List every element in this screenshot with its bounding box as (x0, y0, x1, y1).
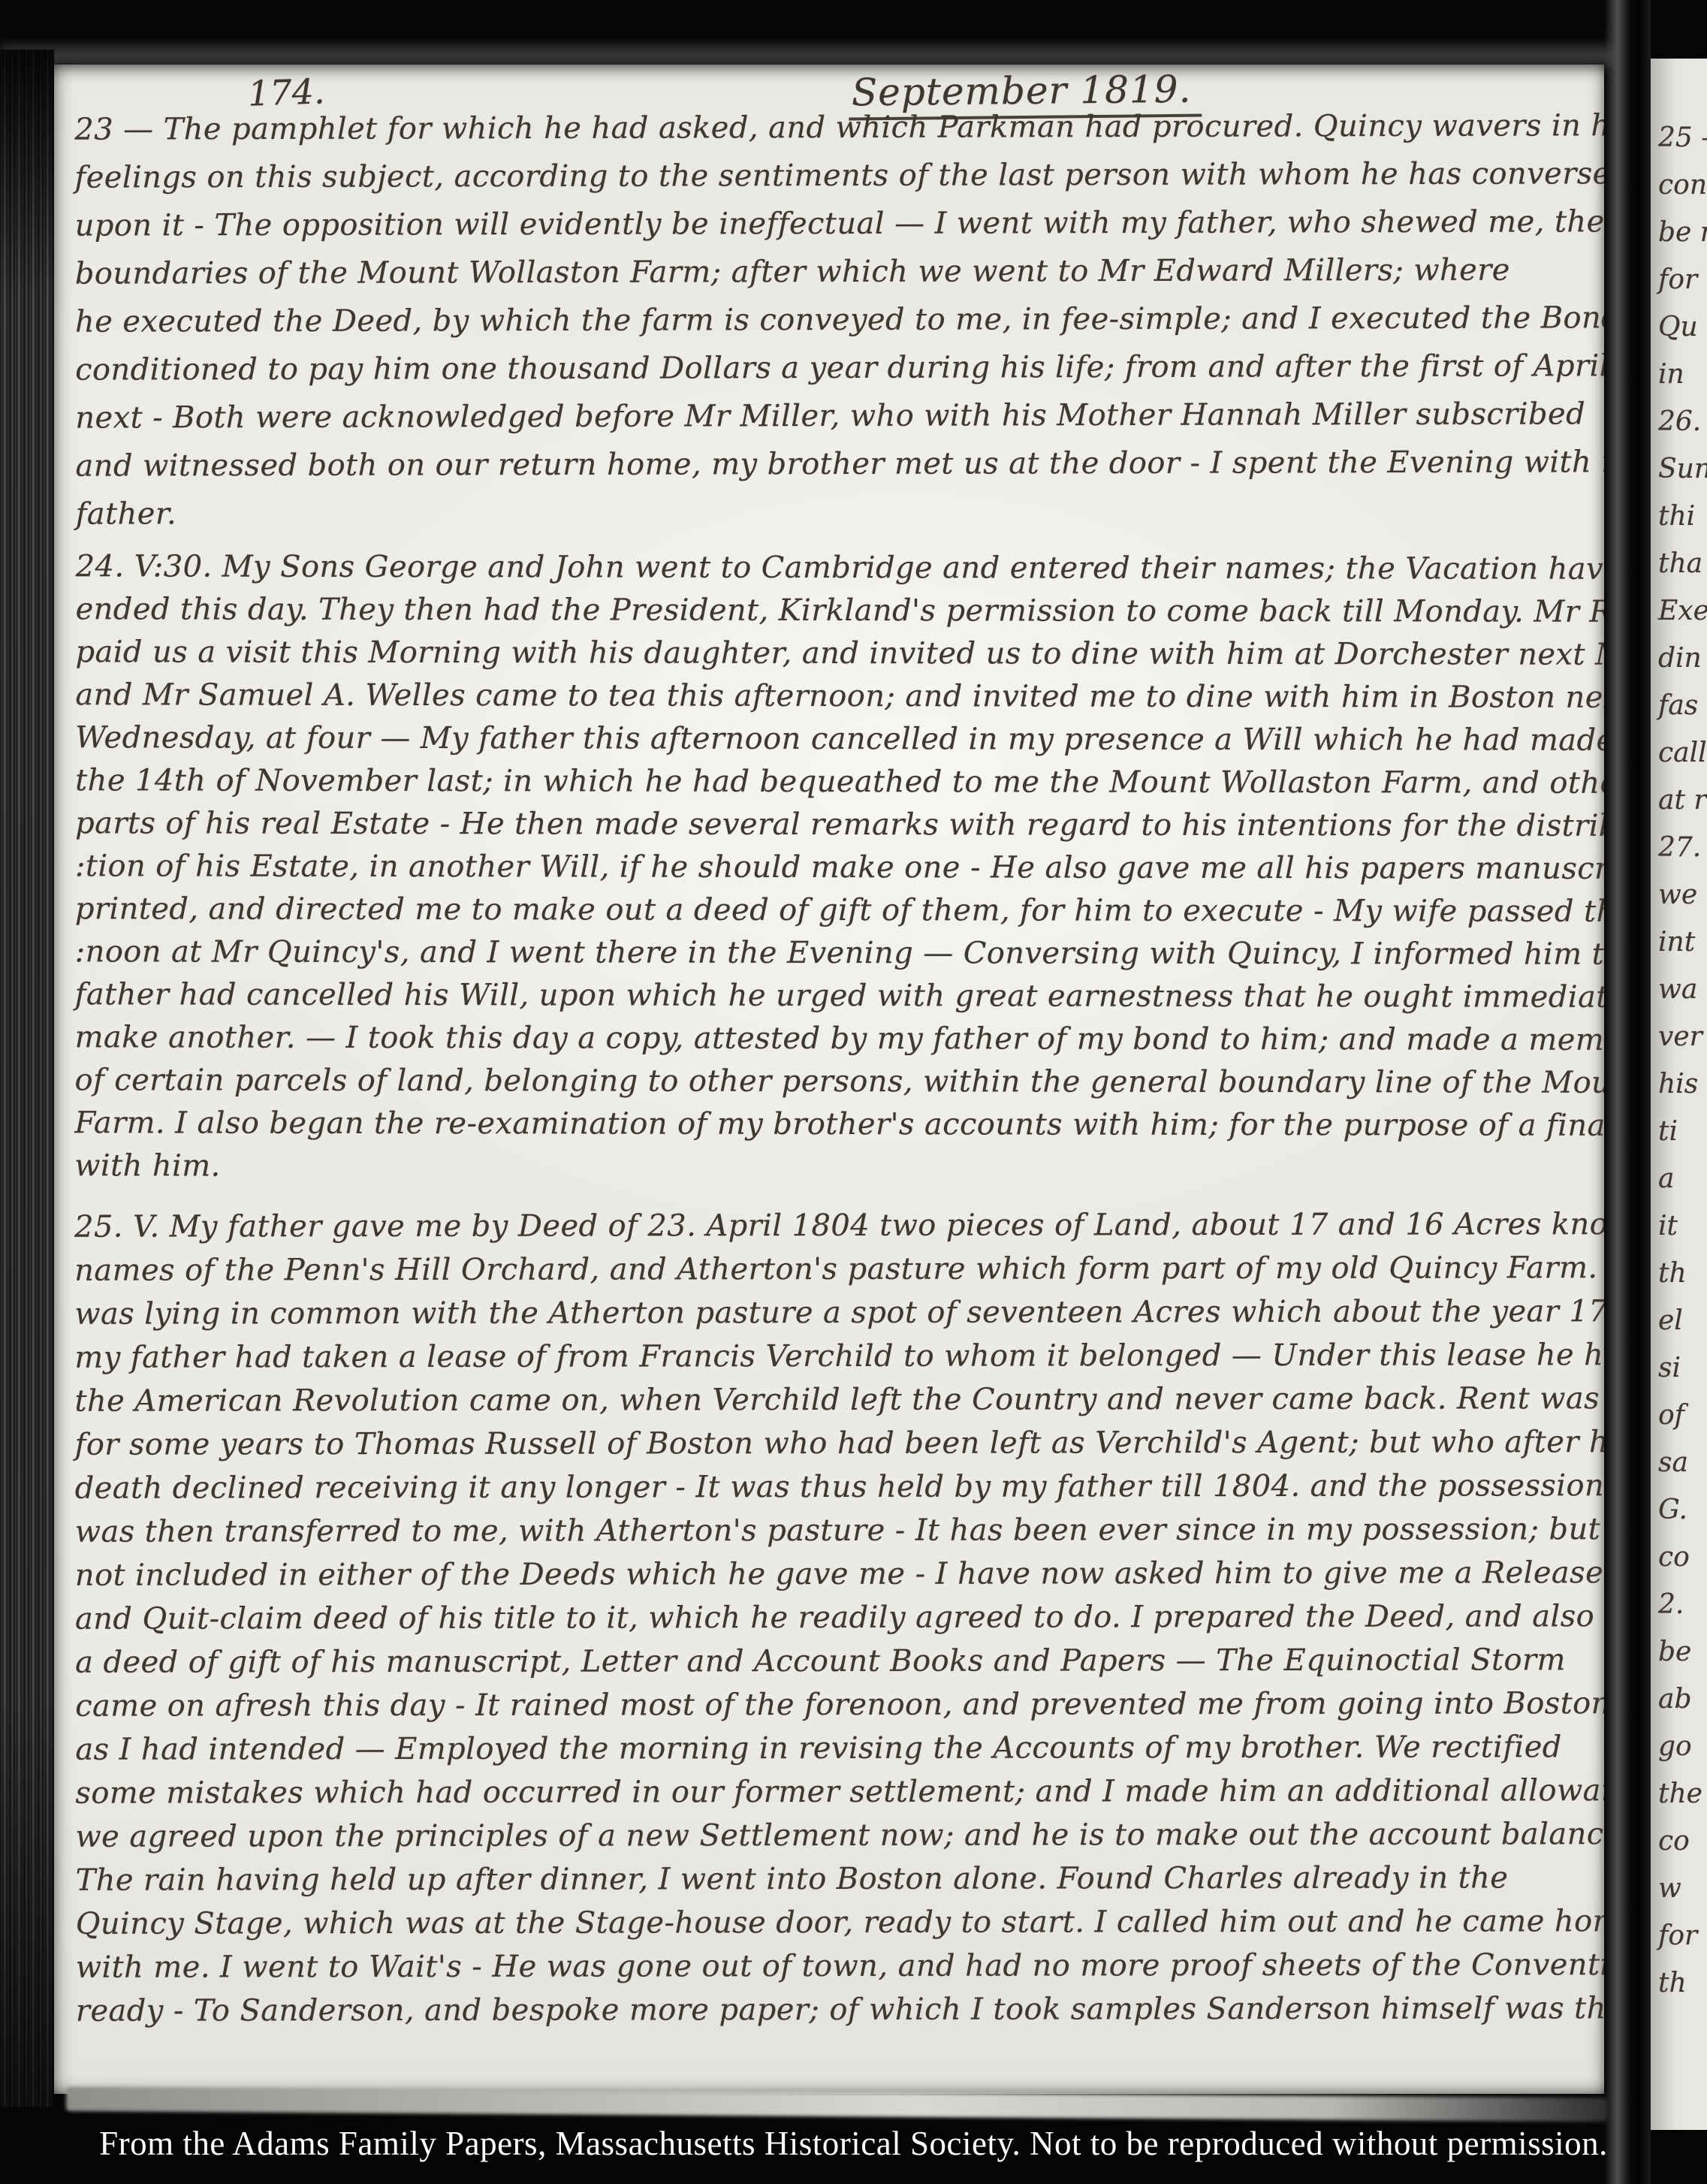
manuscript-line: as I had intended — Employed the morning… (75, 1725, 1585, 1772)
manuscript-line: The rain having held up after dinner, I … (76, 1856, 1585, 1902)
manuscript-line: :tion of his Estate, in another Will, if… (75, 845, 1585, 891)
next-page-text-fragment: din (1651, 635, 1707, 682)
next-page-sliver: 25 —conbe rforQuin26.SunthithaExedinfasc… (1651, 59, 1707, 2130)
manuscript-line: for some years to Thomas Russell of Bost… (75, 1420, 1585, 1467)
next-page-text-fragment: Exe (1651, 587, 1707, 635)
manuscript-line: with me. I went to Wait's - He was gone … (76, 1943, 1585, 1989)
next-page-text-fragment: fas (1651, 682, 1707, 729)
manuscript-line: feelings on this subject, according to t… (74, 149, 1584, 201)
manuscript-line: my father had taken a lease of from Fran… (74, 1333, 1584, 1380)
book-fore-edge-left (0, 50, 54, 2107)
manuscript-line: 24. V:30. My Sons George and John went t… (76, 545, 1585, 591)
manuscript-line: 25. V. My father gave me by Deed of 23. … (74, 1202, 1584, 1249)
next-page-text-fragment: G. (1651, 1486, 1707, 1534)
next-page-text-fragment: int (1651, 919, 1707, 966)
manuscript-line: not included in either of the Deeds whic… (75, 1551, 1585, 1597)
manuscript-line: came on afresh this day - It rained most… (75, 1682, 1585, 1728)
next-page-text-fragment: ver (1651, 1013, 1707, 1060)
next-page-text-fragment: be (1651, 1628, 1707, 1676)
next-page-text-fragment: Qu (1651, 303, 1707, 351)
manuscript-line: next - Both were acknowledged before Mr … (75, 390, 1585, 442)
manuscript-line: 23 — The pamphlet for which he had asked… (74, 101, 1584, 153)
diary-text-block: 23 — The pamphlet for which he had asked… (75, 104, 1585, 2032)
manuscript-line: father. (76, 486, 1585, 538)
manuscript-line: the American Revolution came on, when Ve… (74, 1377, 1584, 1423)
manuscript-line: Wednesday, at four — My father this afte… (75, 716, 1585, 762)
next-page-text-fragment: tha (1651, 540, 1707, 587)
next-page-text-fragment: go (1651, 1723, 1707, 1770)
next-page-text-fragment: ti (1651, 1108, 1707, 1155)
next-page-text-fragment: co (1651, 1534, 1707, 1581)
manuscript-line: was then transferred to me, with Atherto… (75, 1507, 1585, 1554)
attribution-caption: From the Adams Family Papers, Massachuse… (0, 2124, 1707, 2163)
next-page-text-fragment: sa (1651, 1439, 1707, 1486)
next-page-text-fragment: be r (1651, 209, 1707, 256)
manuscript-line: upon it - The opposition will evidently … (75, 198, 1585, 249)
manuscript-line: ready - To Sanderson, and bespoke more p… (76, 1986, 1585, 2033)
manuscript-line: and Mr Samuel A. Welles came to tea this… (75, 674, 1585, 719)
next-page-text-fragment: in (1651, 351, 1707, 398)
manuscript-line: names of the Penn's Hill Orchard, and At… (74, 1246, 1584, 1293)
manuscript-line: Farm. I also began the re-examination of… (74, 1102, 1584, 1148)
manuscript-line: was lying in common with the Atherton pa… (74, 1290, 1584, 1336)
manuscript-line: make another. — I took this day a copy, … (75, 1016, 1585, 1062)
manuscript-line: some mistakes which had occurred in our … (75, 1769, 1585, 1815)
manuscript-line: paid us a visit this Morning with his da… (75, 631, 1585, 677)
next-page-text-fragment: we (1651, 871, 1707, 919)
manuscript-page: 174. September 1819. 23 — The pamphlet f… (54, 65, 1604, 2094)
next-page-text-fragment: el (1651, 1297, 1707, 1344)
next-page-text-fragment: it (1651, 1202, 1707, 1250)
next-page-text-fragment: at r (1651, 777, 1707, 824)
next-page-text-fragment: th (1651, 1250, 1707, 1297)
next-page-text-fragment: of (1651, 1392, 1707, 1439)
next-page-text-fragment: Sun (1651, 445, 1707, 493)
diary-entry-sept-23: 23 — The pamphlet for which he had asked… (74, 101, 1585, 538)
next-page-text-fragment: co (1651, 1817, 1707, 1865)
manuscript-line: ended this day. They then had the Presid… (76, 588, 1585, 634)
manuscript-line: and witnessed both on our return home, m… (75, 438, 1585, 490)
manuscript-line: father had cancelled his Will, upon whic… (75, 973, 1585, 1019)
next-page-text-fragment: 2. (1651, 1581, 1707, 1628)
manuscript-line: we agreed upon the principles of a new S… (75, 1812, 1585, 1859)
next-page-text-fragment: th (1651, 1959, 1707, 2007)
next-page-text-fragment: a (1651, 1155, 1707, 1202)
next-page-text-fragment: si (1651, 1344, 1707, 1392)
manuscript-line: of certain parcels of land, belonging to… (74, 1059, 1584, 1105)
manuscript-line: parts of his real Estate - He then made … (75, 802, 1585, 848)
manuscript-line: conditioned to pay him one thousand Doll… (75, 342, 1585, 394)
manuscript-line: the 14th of November last; in which he h… (75, 759, 1585, 805)
next-page-fragments: 25 —conbe rforQuin26.SunthithaExedinfasc… (1651, 59, 1707, 2007)
next-page-text-fragment: w (1651, 1865, 1707, 1912)
manuscript-line: death declined receiving it any longer -… (75, 1464, 1585, 1510)
manuscript-line: :noon at Mr Quincy's, and I went there i… (75, 931, 1585, 976)
diary-entry-sept-25: 25. V. My father gave me by Deed of 23. … (74, 1202, 1585, 2033)
manuscript-line: a deed of gift of his manuscript, Letter… (75, 1638, 1585, 1685)
next-page-text-fragment: con (1651, 161, 1707, 209)
manuscript-line: Quincy Stage, which was at the Stage-hou… (76, 1899, 1585, 1946)
next-page-text-fragment: his (1651, 1060, 1707, 1108)
next-page-text-fragment: 27. (1651, 824, 1707, 871)
next-page-text-fragment: call (1651, 729, 1707, 777)
next-page-text-fragment: ab (1651, 1676, 1707, 1723)
book-gutter-shadow (1604, 0, 1651, 2184)
manuscript-scan: 174. September 1819. 23 — The pamphlet f… (0, 0, 1707, 2184)
next-page-text-fragment: 25 — (1651, 114, 1707, 161)
next-page-text-fragment: the (1651, 1770, 1707, 1817)
next-page-text-fragment: for (1651, 256, 1707, 303)
next-page-text-fragment: wa (1651, 966, 1707, 1013)
next-page-text-fragment: 26. (1651, 398, 1707, 445)
manuscript-line: and Quit-claim deed of his title to it, … (75, 1594, 1585, 1641)
diary-entry-sept-24: 24. V:30. My Sons George and John went t… (74, 545, 1585, 1190)
manuscript-line: boundaries of the Mount Wollaston Farm; … (75, 246, 1585, 297)
manuscript-line: he executed the Deed, by which the farm … (75, 294, 1585, 345)
next-page-text-fragment: thi (1651, 493, 1707, 540)
manuscript-line: printed, and directed me to make out a d… (75, 888, 1585, 934)
next-page-text-fragment: for (1651, 1912, 1707, 1959)
manuscript-line: with him. (74, 1145, 1584, 1190)
